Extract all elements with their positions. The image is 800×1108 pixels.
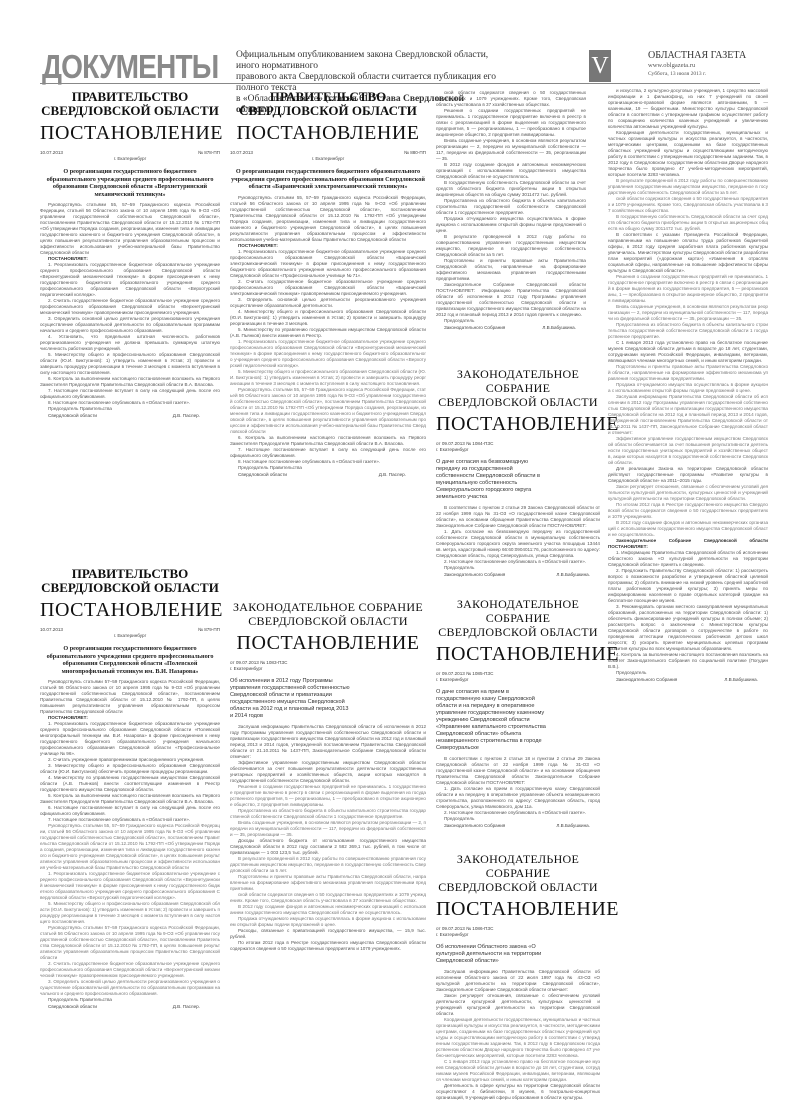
doc-type: ПОСТАНОВЛЕНИЕ [40,597,220,623]
doc-city: г. Екатеринбург [436,932,600,938]
doc-city: г. Екатеринбург [40,633,220,639]
doc-subject: Об исполнении в 2012 году Программы упра… [230,678,350,720]
document-1084: ЗАКОНОДАТЕЛЬНОЕ СОБРАНИЕ СВЕРДЛОВСКОЙ ОБ… [436,367,600,578]
doc-type: ПОСТАНОВЛЕНИЕ [436,411,600,437]
doc-date: 10.07.2013 [230,150,253,156]
doc-type: ПОСТАНОВЛЕНИЕ [230,120,426,146]
doc-subject: О реорганизации государственного бюджетн… [40,645,220,675]
doc-city: г. Екатеринбург [436,447,600,453]
doc-city: г. Екатеринбург [230,666,426,672]
doc-city: г. Екатеринбург [436,677,600,683]
doc-date: 10.07.2013 [40,150,63,156]
doc-subject: О реорганизации государственного бюджетн… [230,168,426,191]
doc-subject: О даче согласия на безвозмездную передач… [436,459,546,501]
doc-org: ЗАКОНОДАТЕЛЬНОЕ СОБРАНИЕ СВЕРДЛОВСКОЙ ОБ… [436,367,600,409]
doc-subject: О реорганизации государственного бюджетн… [40,168,220,198]
masthead: ДОКУМЕНТЫ Официальным опубликованием зак… [40,50,760,84]
doc-city: г. Екатеринбург [40,156,220,162]
newspaper-logo-icon: V [589,50,611,82]
newspaper-url[interactable]: www.oblgazeta.ru [648,62,695,69]
doc-1083-continuation: ской области содержатся сведения о 50 го… [436,90,586,331]
doc-body: В соответствии с пунктом 2 статьи 18 и п… [436,756,600,829]
newspaper-name: ОБЛАСТНАЯ ГАЗЕТА [648,50,746,61]
doc-type: ПОСТАНОВЛЕНИЕ [436,641,600,667]
doc-org: ПРАВИТЕЛЬСТВО СВЕРДЛОВСКОЙ ОБЛАСТИ [40,567,220,595]
signer-name: Д.В. Паслер. [379,472,406,478]
section-title: ДОКУМЕНТЫ [42,48,218,86]
signer-name: Л.В.Бабушкина. [724,677,758,683]
doc-1086-continuation: и искусства, 2 культурно-досуговых учреж… [608,88,768,683]
doc-body: Заслушав информацию Правительства Свердл… [436,969,600,1101]
doc-body: Руководствуясь статьями 57–59 Гражданско… [40,679,220,1010]
document-1085: ЗАКОНОДАТЕЛЬНОЕ СОБРАНИЕ СВЕРДЛОВСКОЙ ОБ… [436,597,600,829]
signer-name: Л.В.Бабушкина. [542,325,576,331]
doc-type: ПОСТАНОВЛЕНИЕ [40,120,220,146]
doc-org: ПРАВИТЕЛЬСТВО СВЕРДЛОВСКОЙ ОБЛАСТИ [230,90,426,118]
doc-body: Руководствуясь статьями 55, 57–59 Гражда… [230,195,426,478]
doc-type: ПОСТАНОВЛЕНИЕ [436,896,600,922]
doc-number: № 879-ПП [198,627,220,633]
signer-name: Л.В.Бабушкина. [556,823,590,829]
note-line-1: Официальным опубликованием закона Свердл… [236,50,496,72]
document-1083: ЗАКОНОДАТЕЛЬНОЕ СОБРАНИЕ СВЕРДЛОВСКОЙ ОБ… [230,600,426,952]
column-3: ской области содержатся сведения о 50 го… [436,90,586,331]
issue-date: Суббота, 13 июля 2013 г. [648,71,706,77]
signer-name: Д.В. Паслер. [173,413,200,419]
doc-number: № 878-ПП [198,150,220,156]
doc-org: ЗАКОНОДАТЕЛЬНОЕ СОБРАНИЕ СВЕРДЛОВСКОЙ ОБ… [230,600,426,628]
signer-name: Л.В.Бабушкина. [556,572,590,578]
doc-city: г. Екатеринбург [230,156,426,162]
doc-date: 10.07.2013 [40,627,63,633]
column-4: и искусства, 2 культурно-досуговых учреж… [608,88,768,683]
document-879: ПРАВИТЕЛЬСТВО СВЕРДЛОВСКОЙ ОБЛАСТИ ПОСТА… [40,567,220,1010]
doc-type: ПОСТАНОВЛЕНИЕ [230,630,426,656]
doc-subject: О даче согласия на прием в государственн… [436,689,546,752]
doc-number: № 880-ПП [404,150,426,156]
doc-org: ЗАКОНОДАТЕЛЬНОЕ СОБРАНИЕ СВЕРДЛОВСКОЙ ОБ… [436,852,600,894]
doc-subject: Об исполнении Областного закона «О культ… [436,944,546,965]
doc-org: ПРАВИТЕЛЬСТВО СВЕРДЛОВСКОЙ ОБЛАСТИ [40,90,220,118]
document-1086: ЗАКОНОДАТЕЛЬНОЕ СОБРАНИЕ СВЕРДЛОВСКОЙ ОБ… [436,852,600,1101]
document-880: ПРАВИТЕЛЬСТВО СВЕРДЛОВСКОЙ ОБЛАСТИ ПОСТА… [230,90,426,478]
doc-body: В соответствии с пунктом 2 статьи 29 Зак… [436,505,600,578]
doc-org: ЗАКОНОДАТЕЛЬНОЕ СОБРАНИЕ СВЕРДЛОВСКОЙ ОБ… [436,597,600,639]
column-2: ПРАВИТЕЛЬСТВО СВЕРДЛОВСКОЙ ОБЛАСТИ ПОСТА… [230,90,426,488]
signer-name: Д.В. Паслер. [173,1004,200,1010]
column-1: ПРАВИТЕЛЬСТВО СВЕРДЛОВСКОЙ ОБЛАСТИ ПОСТА… [40,90,220,429]
document-878: ПРАВИТЕЛЬСТВО СВЕРДЛОВСКОЙ ОБЛАСТИ ПОСТА… [40,90,220,419]
doc-body: Руководствуясь статьями 55, 57–59 Гражда… [40,202,220,419]
doc-body: Заслушав информацию Правительства Свердл… [230,724,426,952]
column-3-lower: ЗАКОНОДАТЕЛЬНОЕ СОБРАНИЕ СВЕРДЛОВСКОЙ ОБ… [436,367,600,588]
